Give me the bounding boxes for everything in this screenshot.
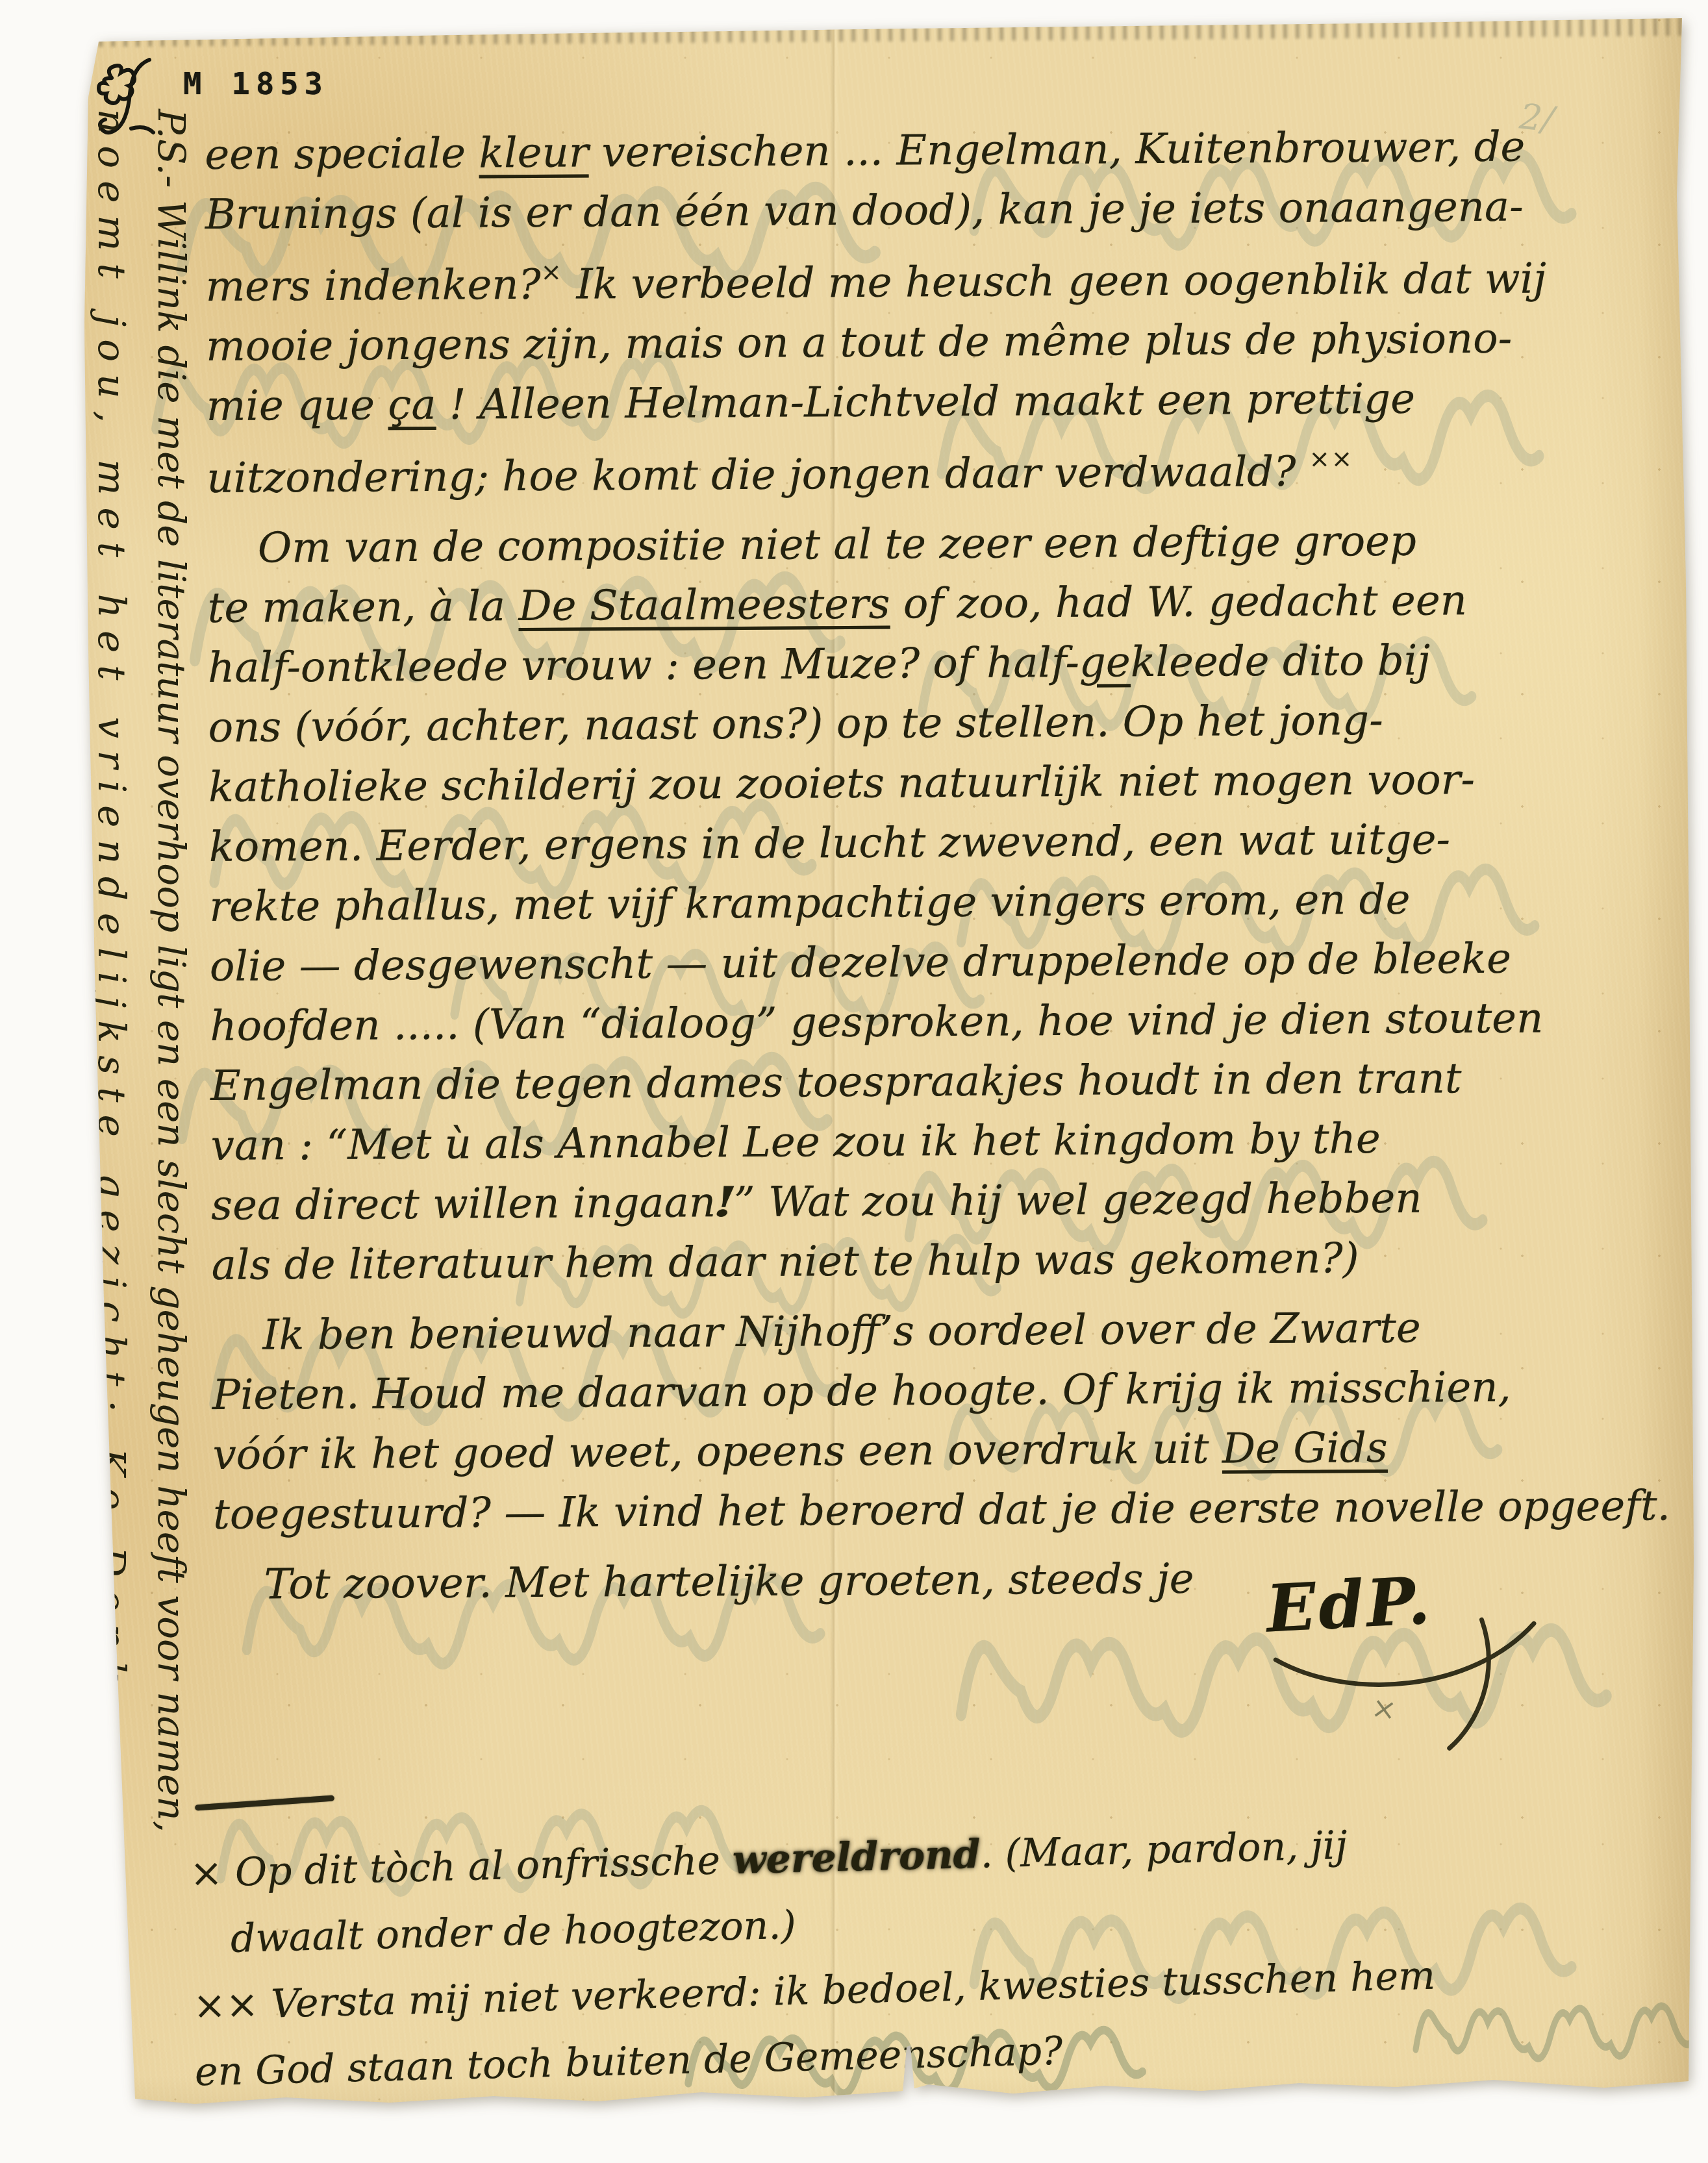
letter-line: komen. Eerder, ergens in de lucht zweven…: [209, 808, 1703, 877]
letter-line: ons (vóór, achter, naast ons?) op te ste…: [208, 689, 1702, 758]
letter-line: Om van de compositie niet al te zeer een…: [207, 510, 1702, 579]
footnotes: × Op dit tòch al onfrissche wereldrond. …: [189, 1804, 1702, 2106]
letter-line: Brunings (al is er dan één van dood), ka…: [205, 176, 1700, 245]
paper-top-edge-grain: [0, 16, 1708, 47]
signature-flourish-icon: [1248, 1607, 1561, 1778]
letter-line: vóór ik het goed weet, opeens een overdr…: [212, 1416, 1707, 1485]
letter-paper: M 1853 2/ P.S.- Willink die met de liter…: [0, 0, 1708, 2163]
letter-line: Pieten. Houd me daarvan op de hoogte. Of…: [212, 1357, 1707, 1425]
letter-line: als de literatuur hem daar niet te hulp …: [211, 1227, 1705, 1295]
letter-line: half-ontkleede vrouw : een Muze? of half…: [208, 629, 1702, 698]
letter-line: olie — desgewenscht — uit dezelve druppe…: [210, 928, 1704, 997]
footnote-separator: [195, 1795, 334, 1811]
letter-line: te maken, à la De Staalmeesters of zoo, …: [207, 569, 1702, 638]
scanned-letter-page: M 1853 2/ P.S.- Willink die met de liter…: [0, 0, 1708, 2163]
letter-line: katholieke schilderij zou zooiets natuur…: [208, 749, 1703, 818]
letter-line: Tot zoover. Met hartelijke groeten, stee…: [213, 1546, 1707, 1615]
ps-line-1: P.S.- Willink die met de literatuur over…: [142, 109, 201, 1999]
ps-line-2-text: noemt jou, met het vriendelijkste gezich…: [90, 109, 134, 1448]
letter-line: mooie jongens zijn, mais on a tout de mê…: [206, 308, 1700, 377]
letter-body: een speciale kleur vereischen ... Engelm…: [205, 116, 1707, 1615]
letter-line: sea direct willen ingaan!” Wat zou hij w…: [211, 1167, 1705, 1236]
letter-line: een speciale kleur vereischen ... Engelm…: [205, 116, 1699, 185]
letter-line: Ik ben benieuwd naar Nijhoff’s oordeel o…: [212, 1297, 1706, 1366]
ps-line-2: noemt jou, met het vriendelijkste gezich…: [82, 109, 142, 1999]
letter-line: toegestuurd? — Ik vind het beroerd dat j…: [213, 1476, 1707, 1545]
paper-shadow: M 1853 2/ P.S.- Willink die met de liter…: [0, 0, 1708, 2163]
letter-line: mie que ça ! Alleen Helman-Lichtveld maa…: [206, 368, 1700, 436]
ps-name-underlined: Ko Donker.: [90, 1448, 134, 1781]
letter-line: uitzondering; hoe komt die jongen daar v…: [207, 427, 1701, 508]
letter-line: Engelman die tegen dames toespraakjes ho…: [210, 1047, 1705, 1116]
letter-line: rekte phallus, met vijf krampachtige vin…: [209, 868, 1703, 937]
stamp-code: M 1853: [183, 66, 329, 102]
signature: EdP.: [1264, 1562, 1434, 1647]
margin-postscript: P.S.- Willink die met de literatuur over…: [82, 109, 201, 1999]
letter-line: van : “Met ù als Annabel Lee zou ik het …: [210, 1107, 1705, 1176]
letter-line: hoofden ..... (Van “dialoog” gesproken, …: [210, 988, 1704, 1056]
letter-line: mers indenken?× Ik verbeeld me heusch ge…: [205, 236, 1700, 317]
